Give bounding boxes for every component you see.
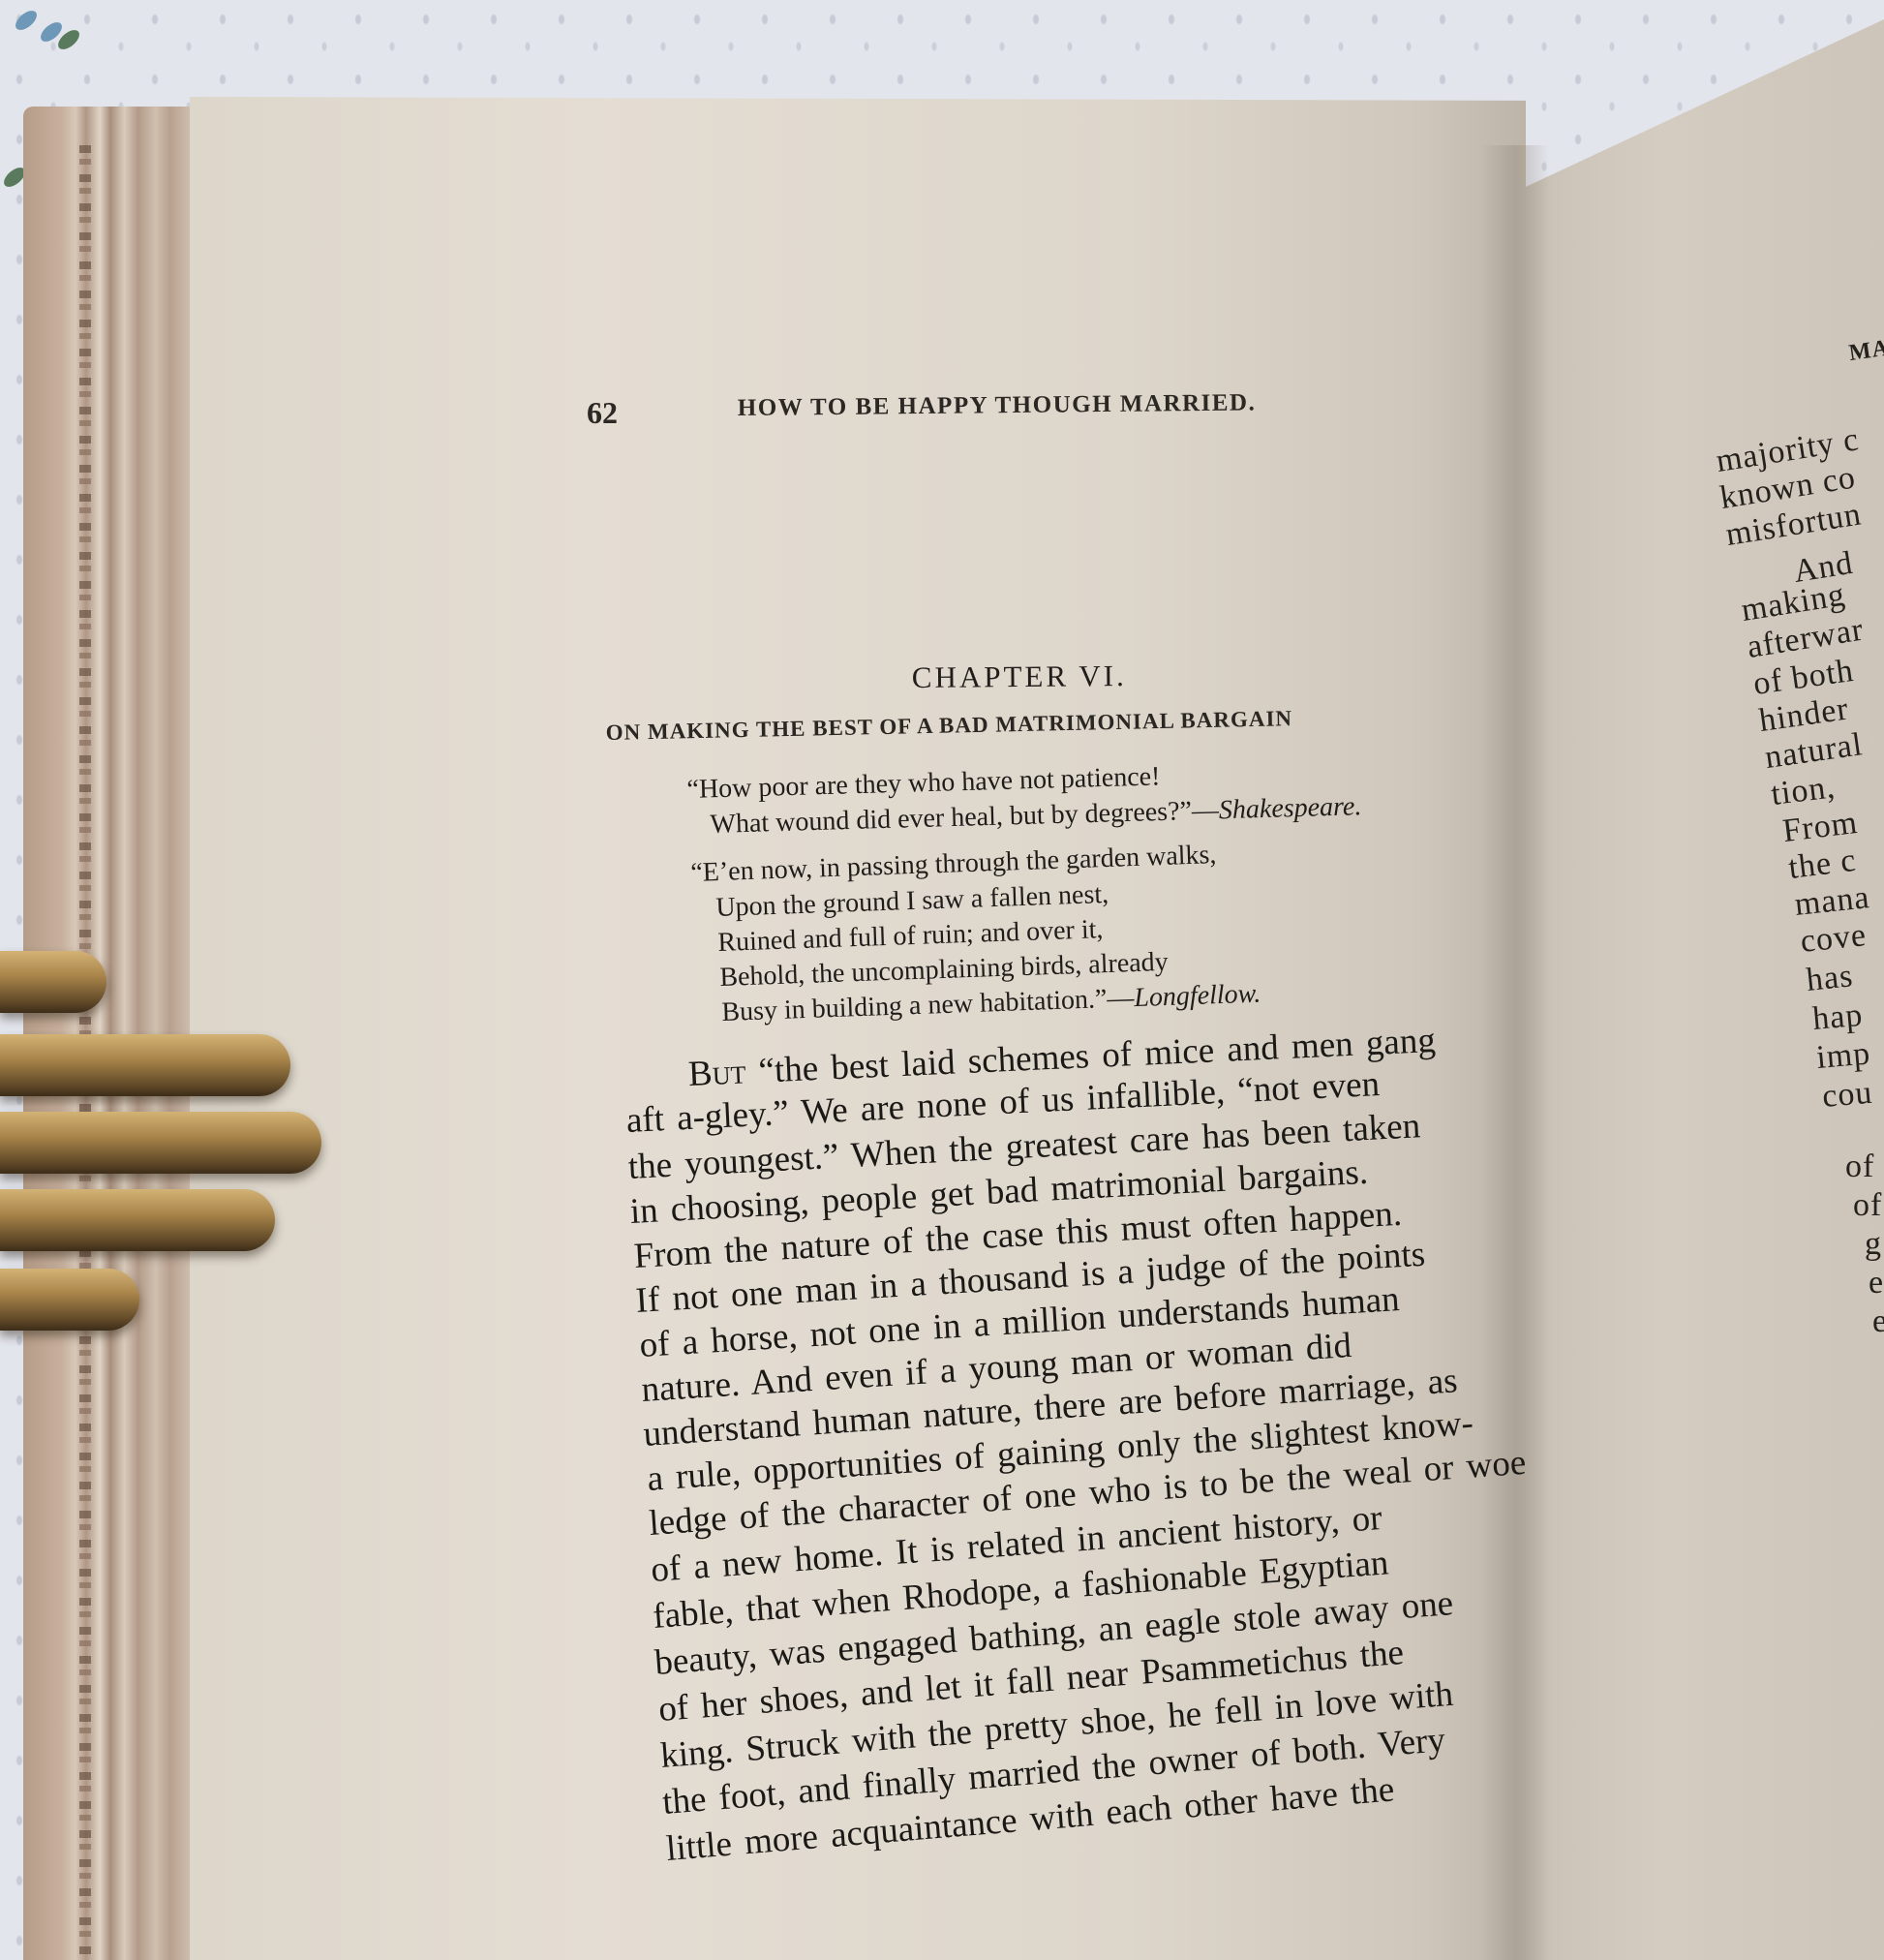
chapter-title: CHAPTER VI. <box>912 658 1127 695</box>
right-running-head-fragment: MA <box>1847 335 1884 367</box>
clip-finger <box>0 1112 321 1174</box>
right-line-fragment: of <box>1845 1148 1874 1185</box>
right-line-fragment: hap <box>1811 997 1865 1038</box>
right-line-fragment: cou <box>1821 1075 1874 1116</box>
page-number: 62 <box>587 395 618 431</box>
book-gutter-shadow <box>1481 145 1549 1960</box>
right-line-fragment: g <box>1865 1226 1882 1263</box>
right-line-fragment: cove <box>1799 917 1869 961</box>
right-line-fragment: e <box>1869 1265 1884 1302</box>
right-line-fragment: has <box>1805 958 1855 999</box>
clip-finger <box>0 1034 290 1096</box>
body-dropword: But <box>687 1052 746 1094</box>
clip-finger <box>0 1269 139 1331</box>
brass-hand-clip <box>0 930 329 1414</box>
right-line-fragment: tion, <box>1769 769 1838 813</box>
clip-finger <box>0 951 106 1013</box>
epigraph-attribution: Shakespeare. <box>1218 791 1361 825</box>
right-line-fragment: of <box>1853 1187 1882 1224</box>
right-line-fragment: e <box>1872 1303 1884 1340</box>
clip-finger <box>0 1189 275 1251</box>
epigraph-attribution: Longfellow. <box>1134 979 1261 1014</box>
running-head: HOW TO BE HAPPY THOUGH MARRIED. <box>738 389 1257 422</box>
right-line-fragment: imp <box>1815 1035 1872 1077</box>
